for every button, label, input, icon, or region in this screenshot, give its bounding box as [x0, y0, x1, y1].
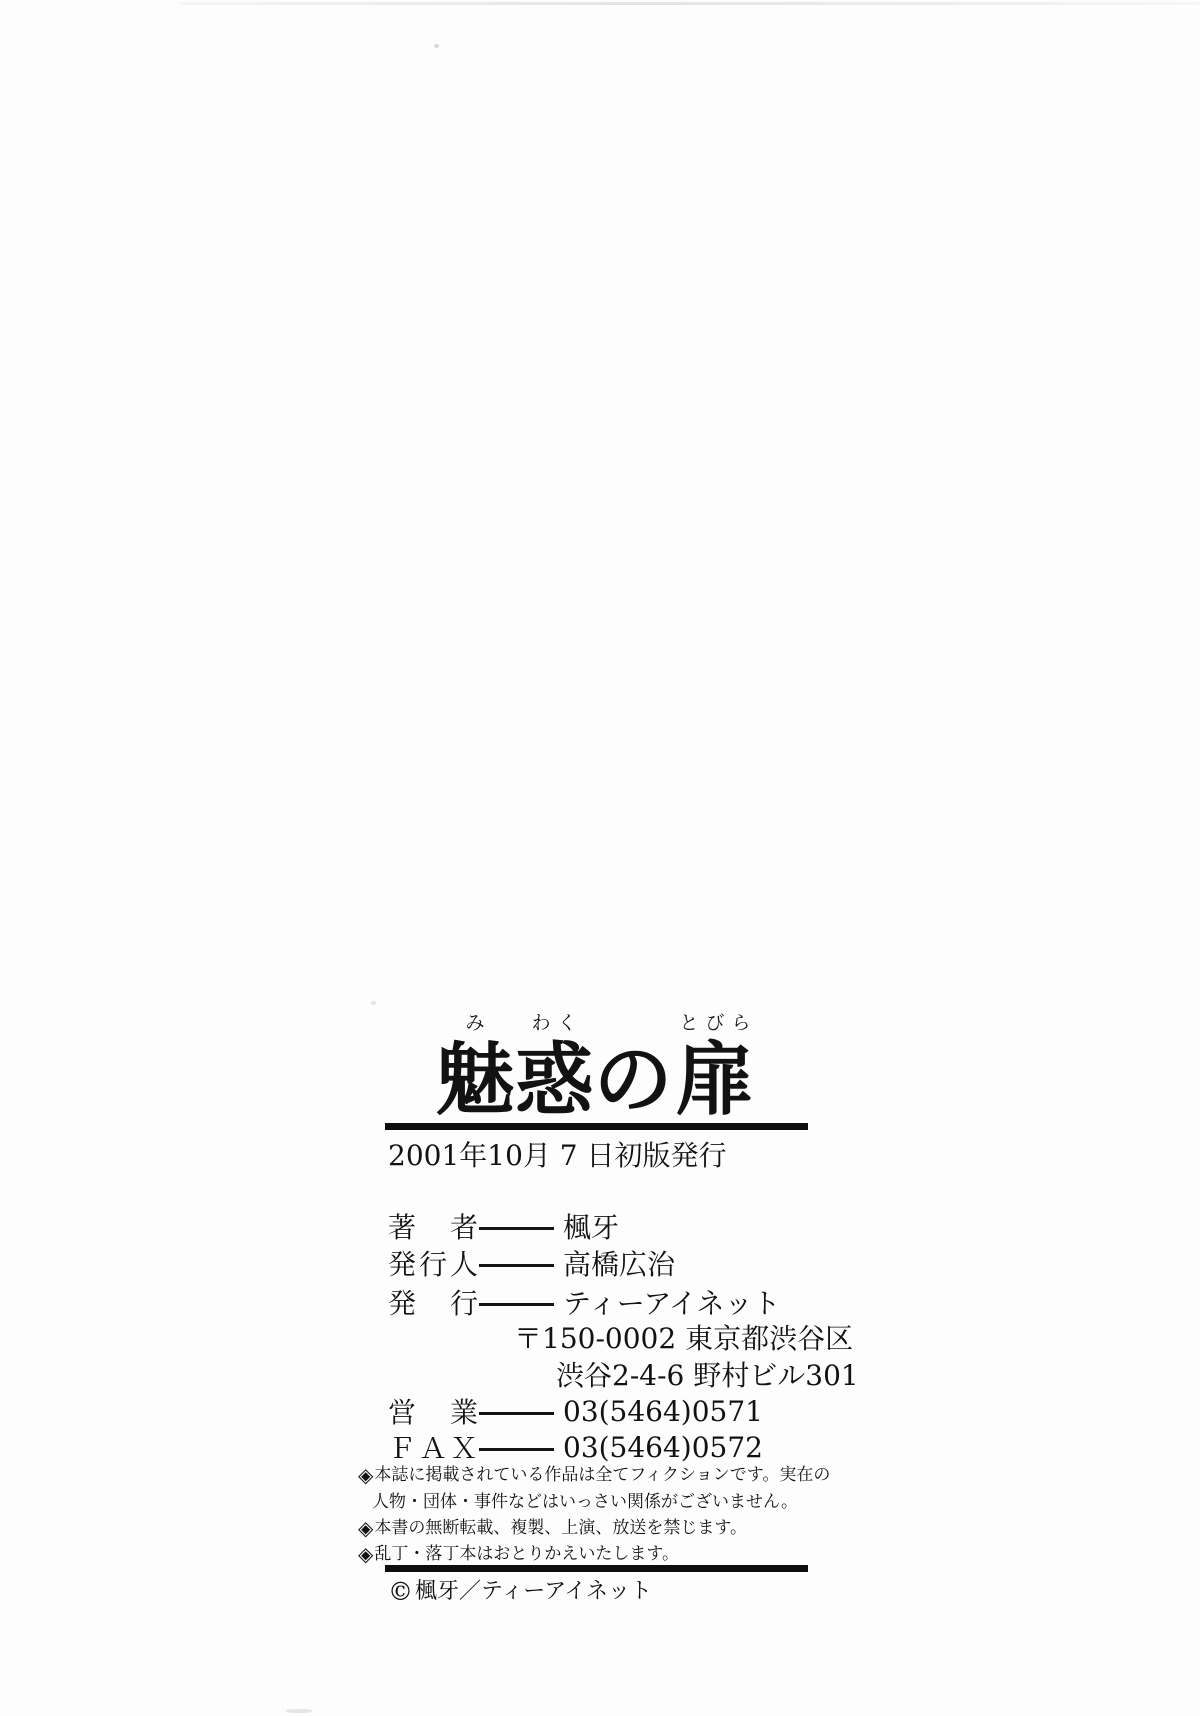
scan-speck: [286, 1709, 312, 1713]
title-character: の: [593, 1040, 672, 1119]
leader-dash: [479, 1264, 554, 1267]
contact-phone: 03(5464)0572: [563, 1431, 763, 1464]
scan-speck: [371, 1001, 376, 1005]
book-title: み 魅 わく 惑 の とびら 扉: [385, 1008, 808, 1119]
credit-label: 著 者: [388, 1206, 478, 1246]
credit-value: 楓牙: [563, 1206, 619, 1246]
credit-row-author: 著 者 楓牙: [388, 1209, 619, 1243]
scan-edge-artifact: [180, 2, 1200, 5]
title-char-group: み 魅: [435, 1008, 514, 1119]
contact-label: ＦＡＸ: [388, 1427, 478, 1467]
leader-dash: [479, 1448, 554, 1451]
notice-text: 人物・団体・事件などはいっさい関係がございません。: [372, 1490, 798, 1514]
contact-phone: 03(5464)0571: [563, 1395, 763, 1428]
contact-row-fax: ＦＡＸ 03(5464)0572: [388, 1430, 763, 1464]
credit-label: 発 行: [388, 1282, 478, 1322]
publisher-address-line1: 〒150-0002 東京都渋谷区: [514, 1322, 853, 1356]
notice-fiction-disclaimer-line1: ◈ 本誌に掲載されている作品は全てフィクションです。実在の: [358, 1463, 830, 1487]
title-character: 魅: [435, 1040, 514, 1119]
edition-date: 2001年10月 7 日初版発行: [388, 1139, 727, 1173]
credit-value: 高橋広治: [563, 1243, 675, 1283]
double-diamond-bullet-icon: ◈: [358, 1465, 373, 1485]
double-diamond-bullet-icon: ◈: [358, 1518, 373, 1538]
notice-text: 本書の無断転載、複製、上演、放送を禁じます。: [374, 1516, 747, 1540]
leader-dash: [479, 1227, 554, 1230]
credit-label: 発行人: [388, 1243, 478, 1283]
colophon-page: み 魅 わく 惑 の とびら 扉 2001年10月 7 日初版発行 著 者 楓牙…: [0, 0, 1200, 1716]
contact-label: 営 業: [388, 1391, 478, 1431]
notice-text: 本誌に掲載されている作品は全てフィクションです。実在の: [374, 1463, 830, 1487]
title-character: 惑: [514, 1040, 593, 1119]
notice-fiction-disclaimer-line2: 人物・団体・事件などはいっさい関係がございません。: [372, 1490, 798, 1514]
notice-defective-copies: ◈ 乱丁・落丁本はおとりかえいたします。: [358, 1542, 679, 1566]
title-rule: [385, 1123, 808, 1130]
notice-text: 乱丁・落丁本はおとりかえいたします。: [374, 1542, 679, 1566]
title-char-group: の: [593, 1008, 672, 1119]
title-character: 扉: [675, 1040, 754, 1119]
credit-row-publisher-person: 発行人 高橋広治: [388, 1246, 675, 1280]
footer-rule: [385, 1565, 808, 1572]
leader-dash: [479, 1412, 554, 1415]
copyright-line: © 楓牙／ティーアイネット: [388, 1578, 652, 1606]
leader-dash: [479, 1303, 554, 1306]
title-char-group: わく 惑: [514, 1008, 593, 1119]
notice-no-reproduction: ◈ 本書の無断転載、複製、上演、放送を禁じます。: [358, 1516, 747, 1540]
scan-speck: [434, 44, 439, 48]
credit-row-publisher: 発 行 ティーアイネット: [388, 1285, 781, 1319]
title-char-group: とびら 扉: [672, 1008, 757, 1119]
copyright-text: 楓牙／ティーアイネット: [415, 1578, 652, 1606]
publisher-address-line2: 渋谷2-4-6 野村ビル301: [556, 1359, 859, 1393]
contact-row-sales: 営 業 03(5464)0571: [388, 1394, 763, 1428]
double-diamond-bullet-icon: ◈: [358, 1544, 373, 1564]
copyright-icon: ©: [388, 1578, 413, 1606]
credit-value: ティーアイネット: [563, 1282, 781, 1322]
